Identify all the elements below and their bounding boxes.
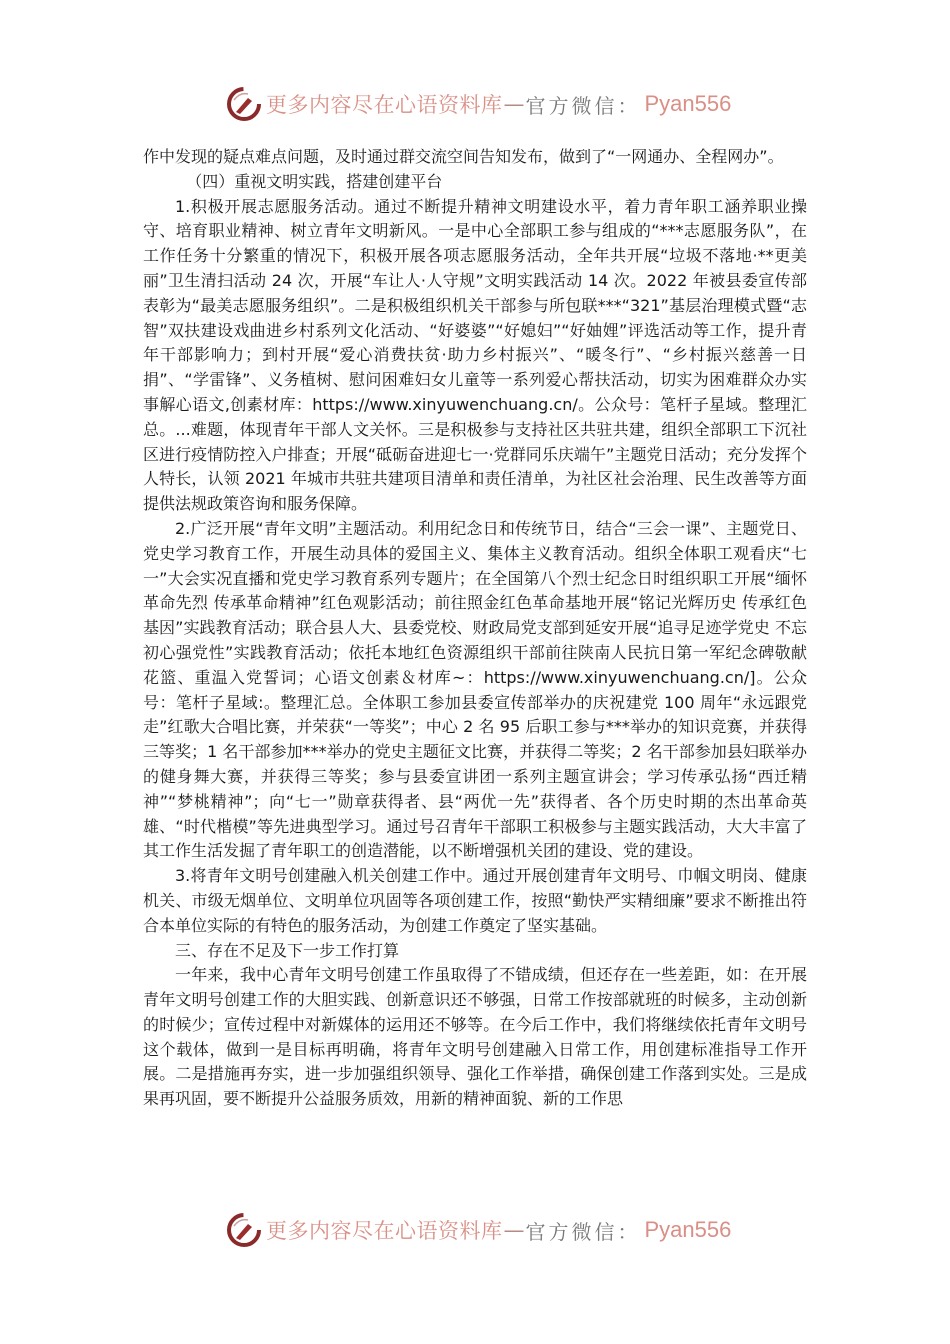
quill-pen-logo-icon [226,86,262,122]
banner-wechat-label: 官方微信： [526,90,641,119]
paragraph-continuation: 作中发现的疑点难点问题，及时通过群交流空间告知发布，做到了“一网通办、全程网办”… [143,145,807,170]
paragraph-youth-civilization-activities: 2.广泛开展“青年文明”主题活动。利用纪念日和传统节日，结合“三会一课”、主题党… [143,517,807,864]
section-heading-4: （四）重视文明实践，搭建创建平台 [143,170,807,195]
banner-wechat-id: Pyan556 [645,91,732,117]
paragraph-integration-creation: 3.将青年文明号创建融入机关创建工作中。通过开展创建青年文明号、巾帼文明岗、健康… [143,864,807,938]
section-heading-3: 三、存在不足及下一步工作打算 [143,939,807,964]
banner-wechat-label: 官方微信： [526,1216,641,1245]
banner-main-text: 更多内容尽在心语资料库 [266,89,503,119]
banner-wechat-id: Pyan556 [645,1217,732,1243]
paragraph-shortcomings-plans: 一年来，我中心青年文明号创建工作虽取得了不错成绩，但还存在一些差距，如：在开展青… [143,963,807,1112]
paragraph-volunteer-service: 1.积极开展志愿服务活动。通过不断提升精神文明建设水平，着力青年职工涵养职业操守… [143,195,807,517]
quill-pen-logo-icon [226,1212,262,1248]
banner-dash: — [504,1218,525,1242]
document-body: 作中发现的疑点难点问题，及时通过群交流空间告知发布，做到了“一网通办、全程网办”… [143,145,807,1112]
banner-dash: — [504,92,525,116]
header-watermark-banner: 更多内容尽在心语资料库 — 官方微信： Pyan556 [226,84,731,124]
banner-main-text: 更多内容尽在心语资料库 [266,1215,503,1245]
footer-watermark-banner: 更多内容尽在心语资料库 — 官方微信： Pyan556 [226,1210,731,1250]
